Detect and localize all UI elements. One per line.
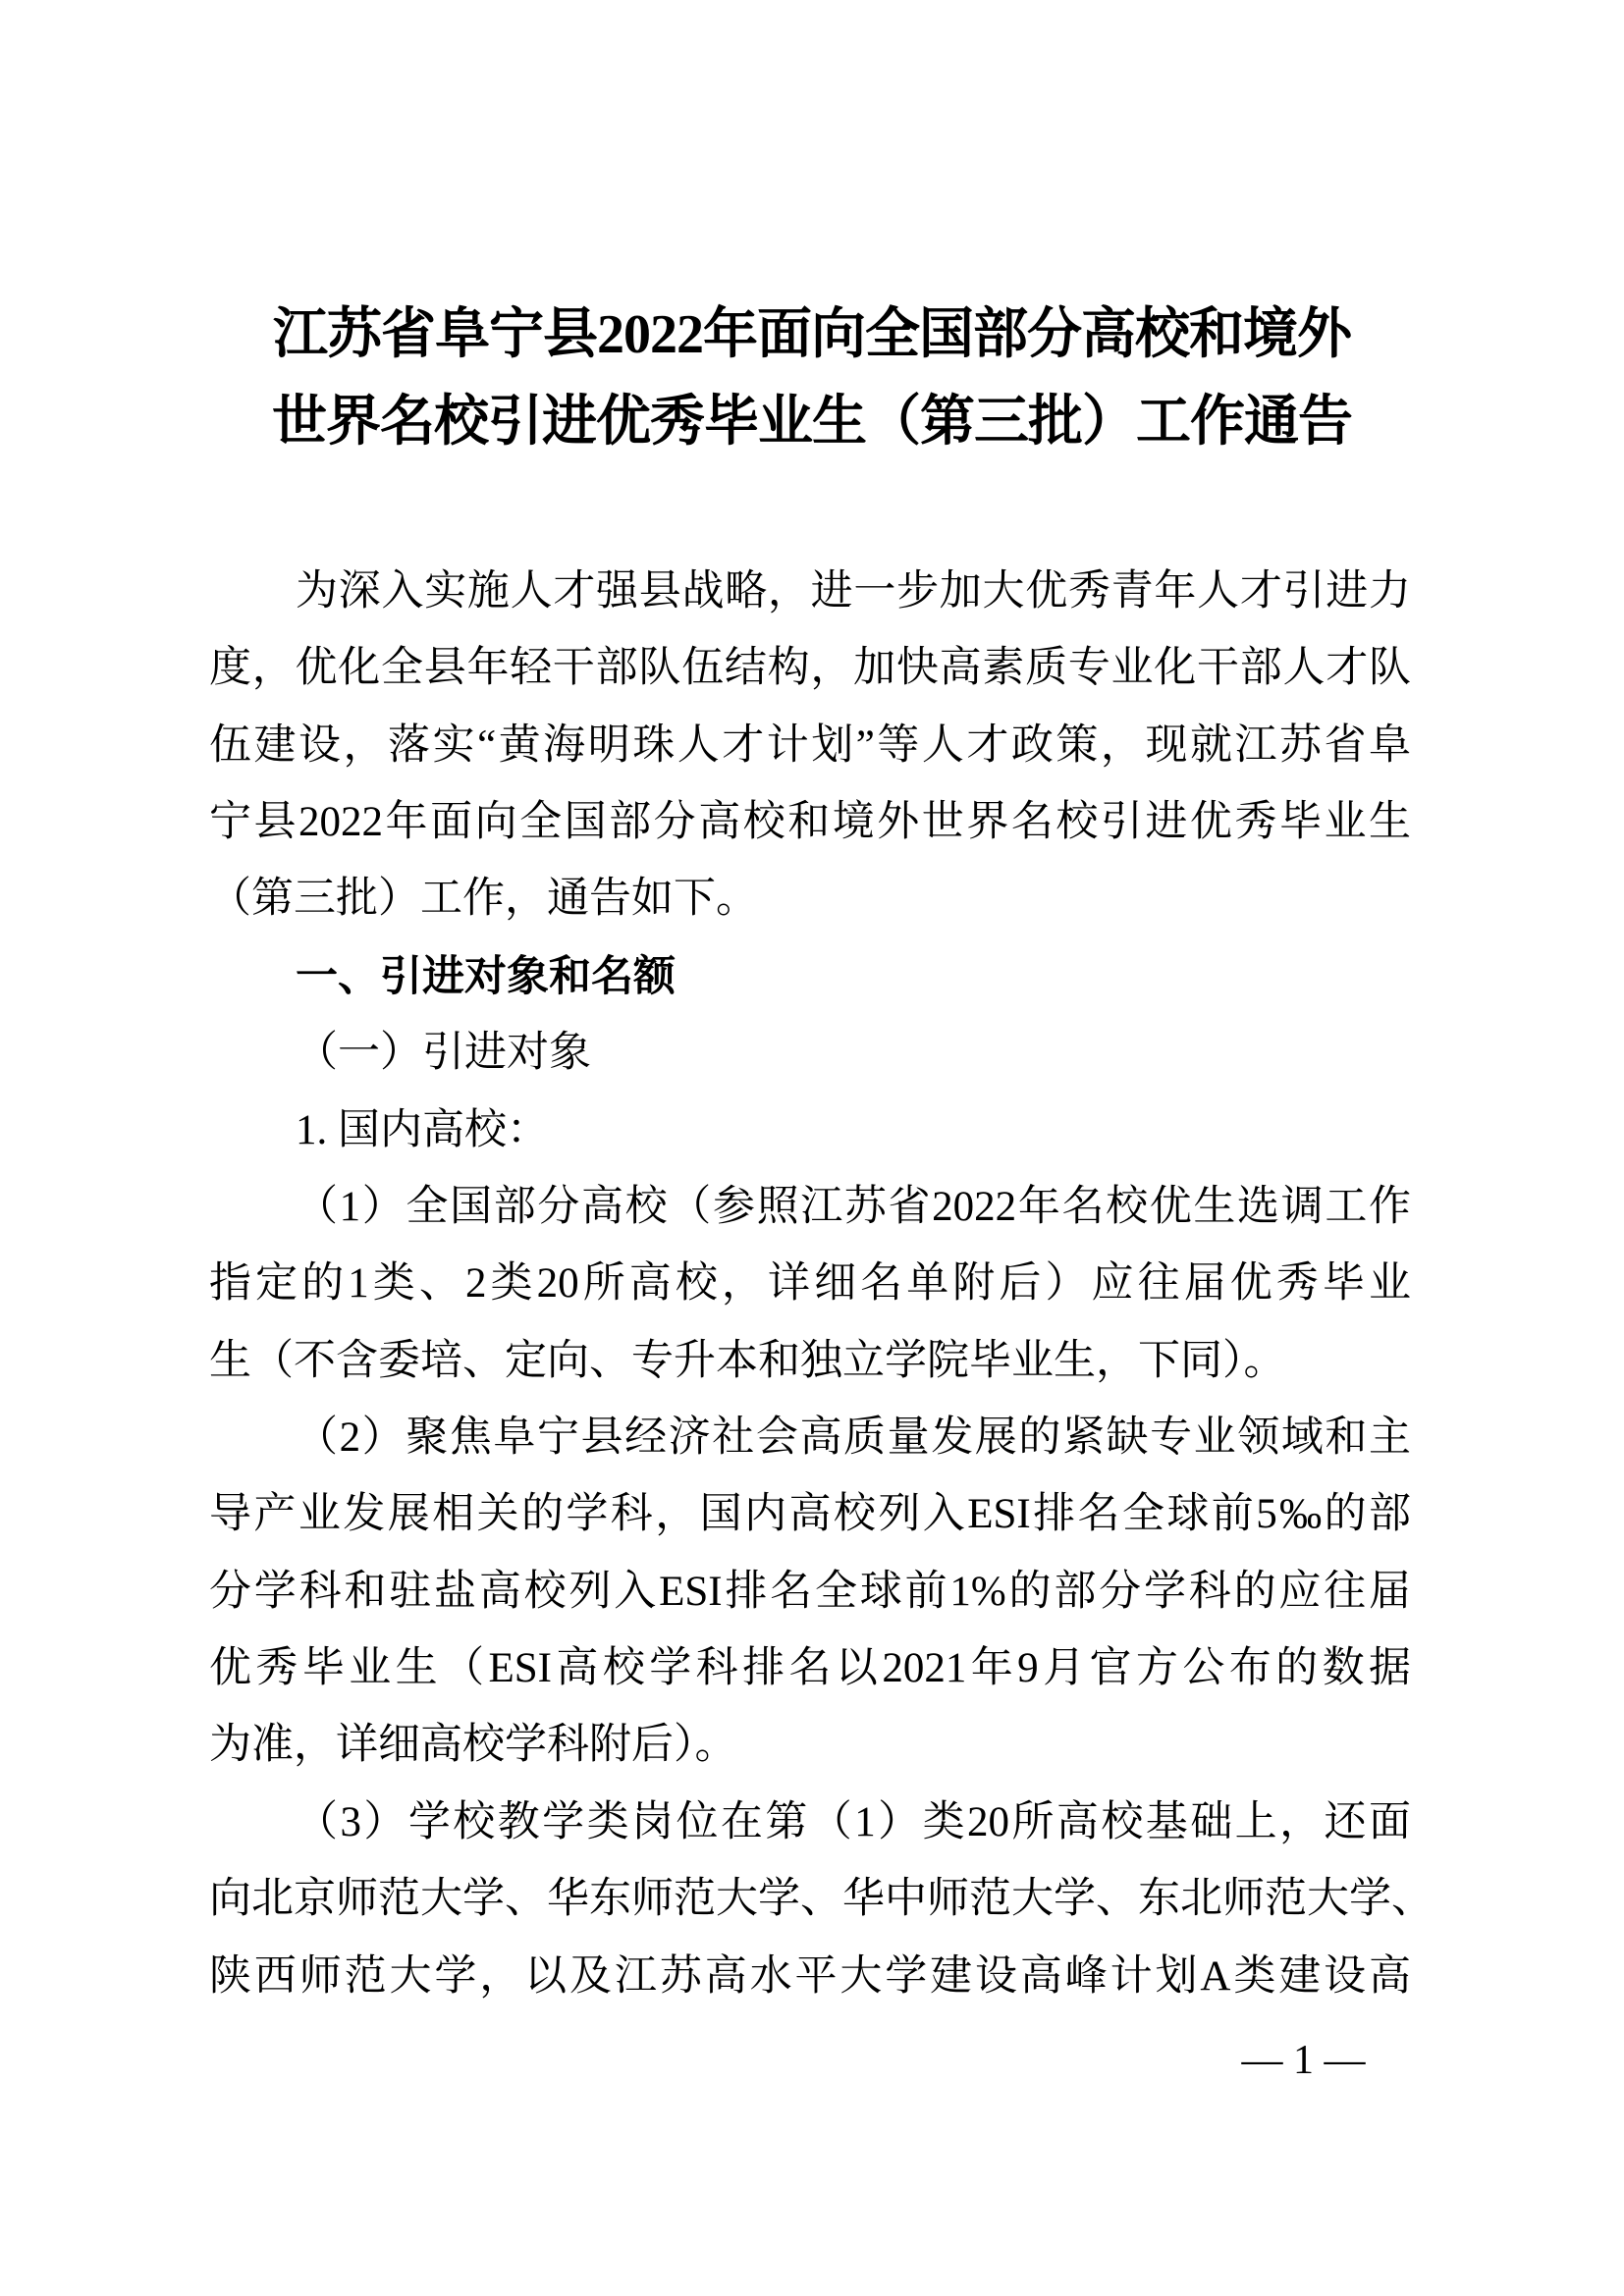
document-title-line-2: 世界名校引进优秀毕业生（第三批）工作通告 <box>0 391 1624 454</box>
section-heading: 一、引进对象和名额 <box>296 951 1411 1002</box>
paragraph-line: 为准，详细高校学科附后）。 <box>209 1720 1411 1771</box>
paragraph-line: （1）全国部分高校（参照江苏省2022年名校优生选调工作 <box>296 1182 1411 1233</box>
page-number: — 1 — <box>1232 2036 1375 2085</box>
document-title-line-1: 江苏省阜宁县2022年面向全国部分高校和境外 <box>0 303 1624 366</box>
paragraph-line: （2）聚焦阜宁县经济社会高质量发展的紧缺专业领域和主 <box>296 1413 1411 1464</box>
paragraph-line: 生（不含委培、定向、专升本和独立学院毕业生，下同）。 <box>209 1336 1411 1387</box>
paragraph-line: 指定的1类、2类20所高校，详细名单附后）应往届优秀毕业 <box>209 1258 1411 1309</box>
paragraph-line: （第三批）工作，通告如下。 <box>209 874 1411 925</box>
paragraph-line: 伍建设，落实“黄海明珠人才计划”等人才政策，现就江苏省阜 <box>209 721 1411 772</box>
item-heading: 1. 国内高校： <box>296 1105 1411 1156</box>
paragraph-line: 向北京师范大学、华东师范大学、华中师范大学、东北师范大学、 <box>209 1874 1411 1925</box>
document-page: 江苏省阜宁县2022年面向全国部分高校和境外 世界名校引进优秀毕业生（第三批）工… <box>0 0 1624 2296</box>
paragraph-line: （3）学校教学类岗位在第（1）类20所高校基础上，还面 <box>296 1797 1411 1848</box>
paragraph-line: 陕西师范大学，以及江苏高水平大学建设高峰计划A类建设高 <box>209 1951 1411 2002</box>
paragraph-line: 度，优化全县年轻干部队伍结构，加快高素质专业化干部人才队 <box>209 643 1411 694</box>
paragraph-line: 优秀毕业生（ESI高校学科排名以2021年9月官方公布的数据 <box>209 1643 1411 1694</box>
paragraph-line: 为深入实施人才强县战略，进一步加大优秀青年人才引进力 <box>296 566 1411 617</box>
paragraph-line: 宁县2022年面向全国部分高校和境外世界名校引进优秀毕业生 <box>209 797 1411 848</box>
paragraph-line: 导产业发展相关的学科，国内高校列入ESI排名全球前5‰的部 <box>209 1489 1411 1540</box>
subsection-heading: （一）引进对象 <box>296 1028 1411 1079</box>
paragraph-line: 分学科和驻盐高校列入ESI排名全球前1%的部分学科的应往届 <box>209 1567 1411 1618</box>
